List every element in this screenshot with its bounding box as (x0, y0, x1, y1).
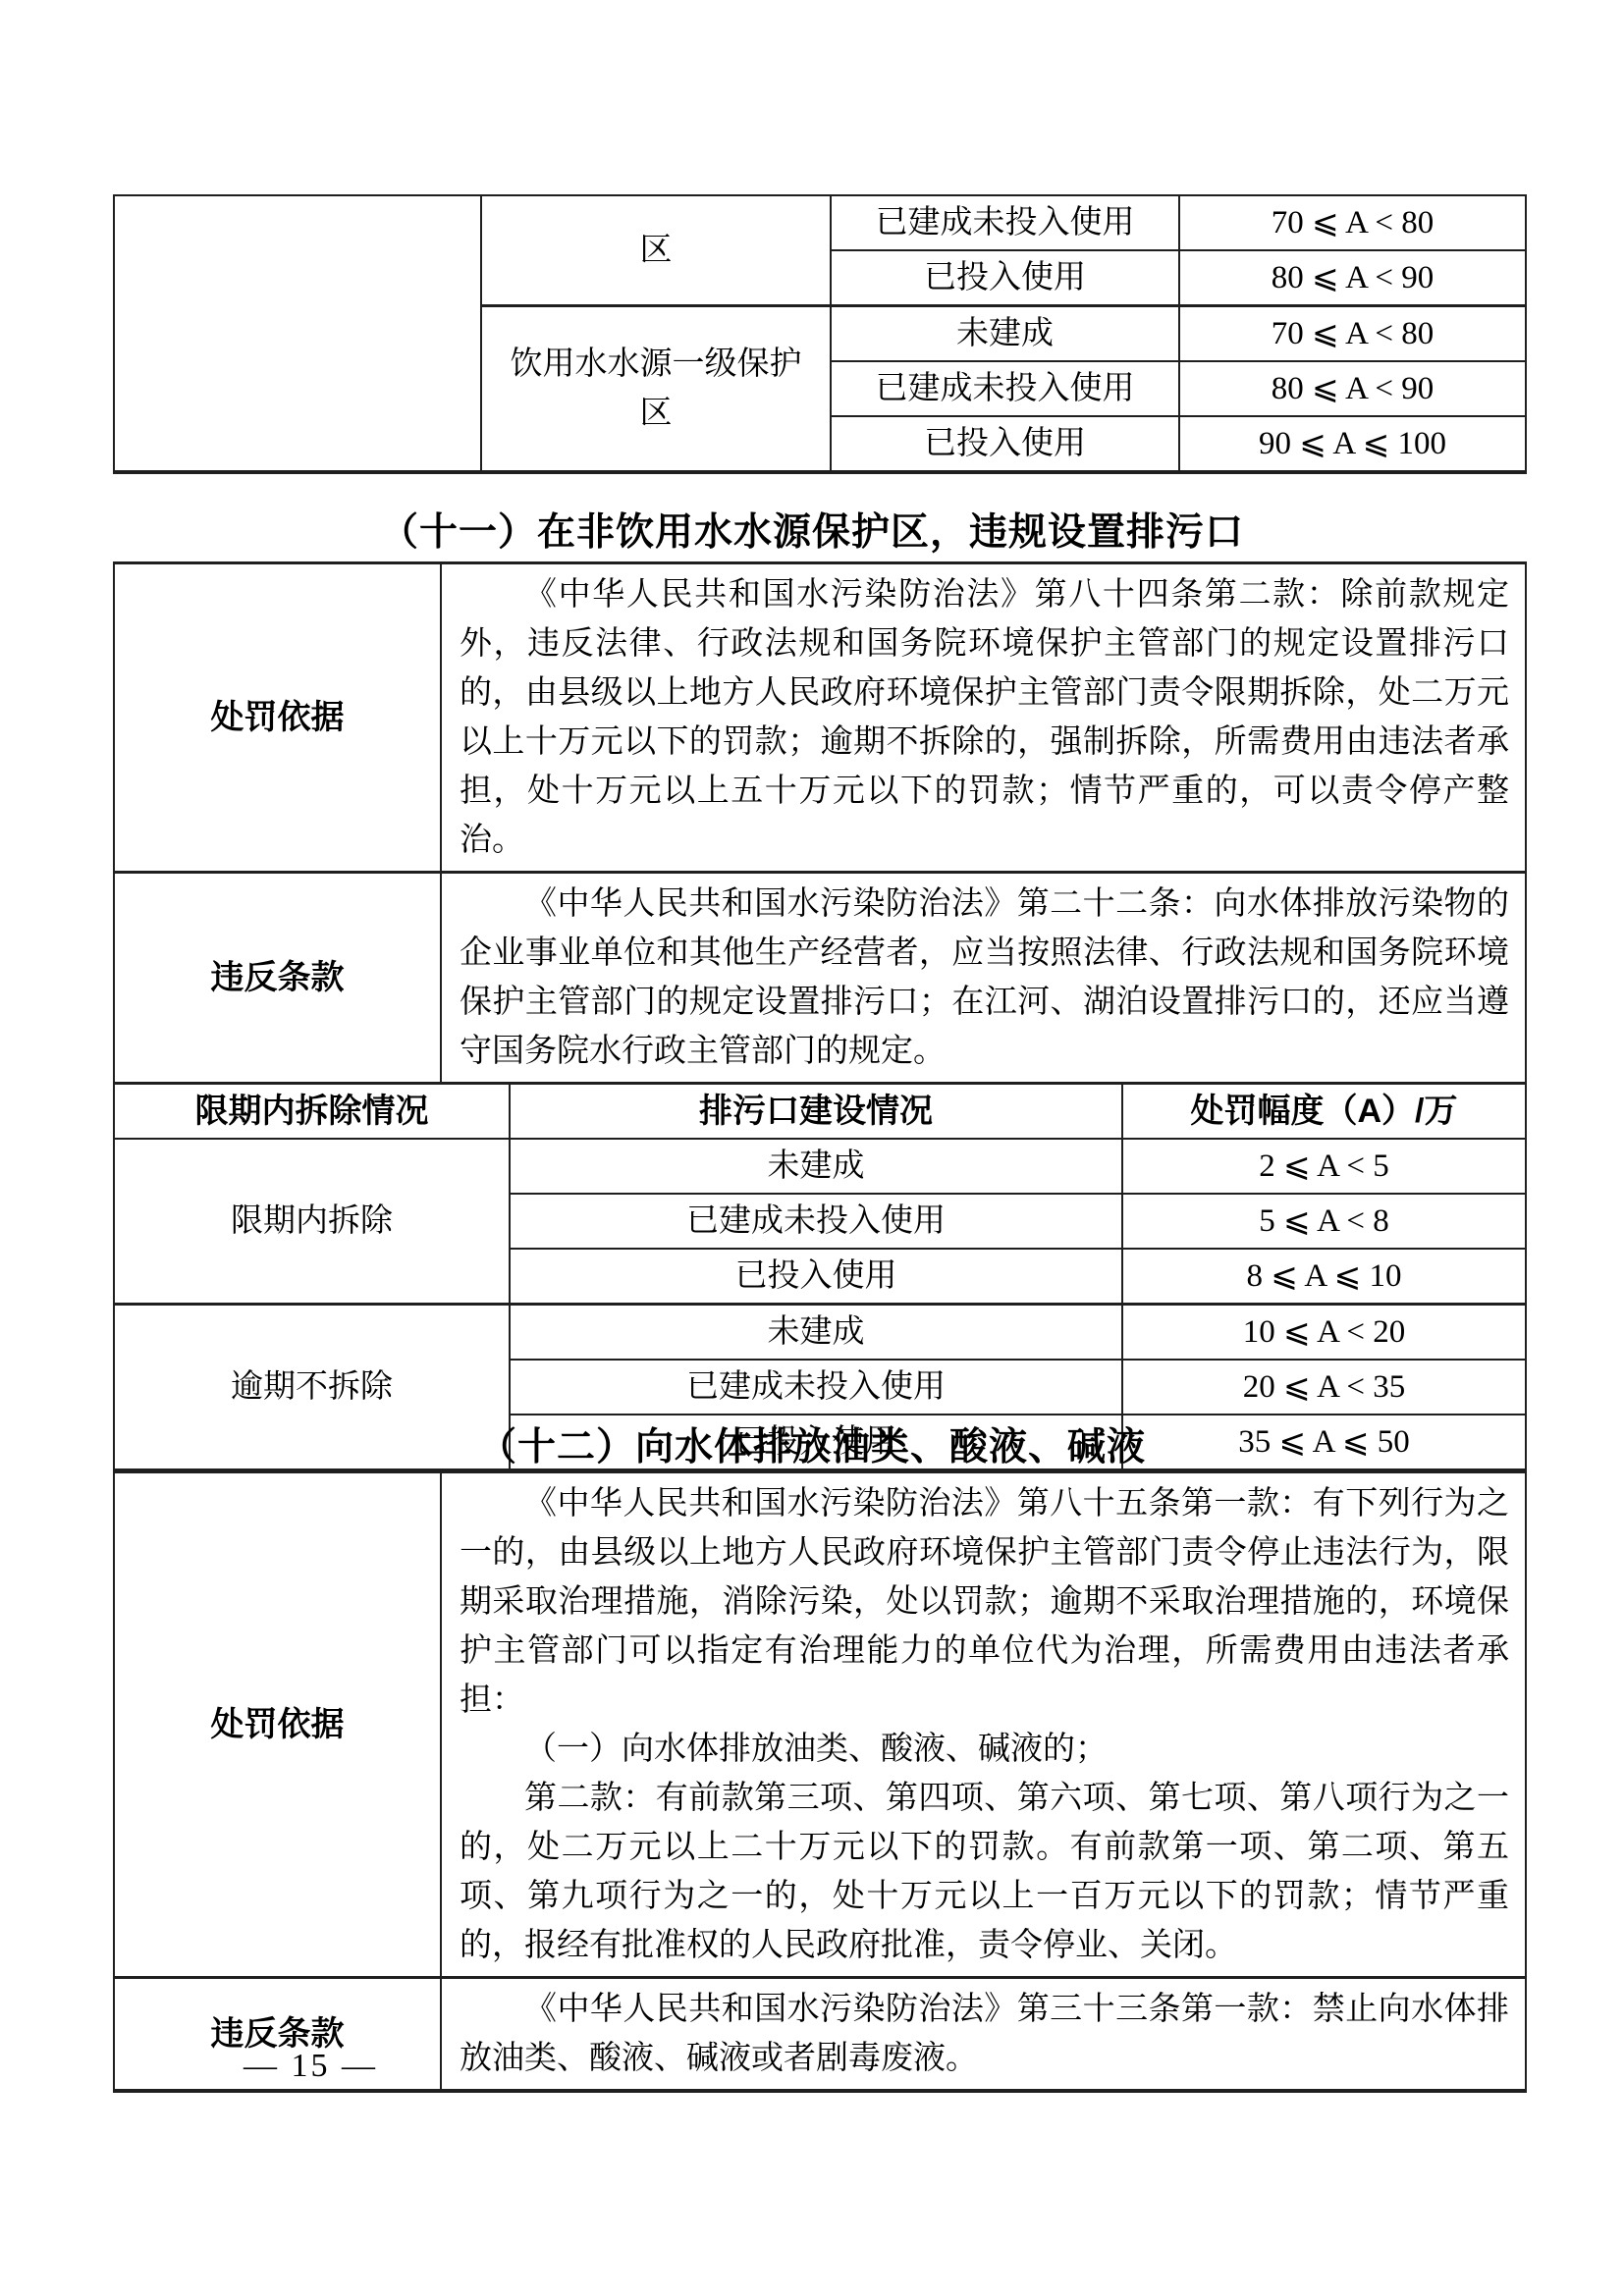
status-cell: 未建成 (510, 1305, 1122, 1361)
paragraph: 《中华人民共和国水污染防治法》第二十二条：向水体排放污染物的企业事业单位和其他生… (460, 880, 1509, 1076)
section-11-basis-table: 处罚依据 《中华人民共和国水污染防治法》第八十四条第二款：除前款规定外，违反法律… (113, 561, 1527, 1085)
page-number: — 15 — (244, 2048, 378, 2085)
water-source-zone-table: 区 已建成未投入使用 70 ⩽ A < 80 已投入使用 80 ⩽ A < 90… (113, 194, 1527, 474)
status-cell: 已投入使用 (831, 416, 1179, 472)
section-11-tables: 处罚依据 《中华人民共和国水污染防治法》第八十四条第二款：除前款规定外，违反法律… (113, 561, 1527, 1472)
col-header-penalty-range: 处罚幅度（A）/万 (1122, 1085, 1526, 1139)
col-header-removal-status: 限期内拆除情况 (114, 1085, 510, 1139)
penalty-basis-text: 《中华人民共和国水污染防治法》第八十五条第一款：有下列行为之一的，由县级以上地方… (441, 1472, 1526, 1978)
status-cell: 已建成未投入使用 (831, 361, 1179, 416)
range-cell: 70 ⩽ A < 80 (1179, 195, 1526, 250)
table-row: 限期内拆除 未建成 2 ⩽ A < 5 (114, 1139, 1526, 1194)
section-12-title: （十二）向水体排放油类、酸液、碱液 (0, 1425, 1624, 1470)
section-12-basis-table: 处罚依据 《中华人民共和国水污染防治法》第八十五条第一款：有下列行为之一的，由县… (113, 1470, 1527, 2093)
table-row: 违反条款 《中华人民共和国水污染防治法》第二十二条：向水体排放污染物的企业事业单… (114, 873, 1526, 1084)
paragraph: 第二款：有前款第三项、第四项、第六项、第七项、第八项行为之一的，处二万元以上二十… (460, 1774, 1509, 1970)
zone-cell: 区 (481, 195, 831, 306)
status-cell: 已建成未投入使用 (510, 1194, 1122, 1249)
status-cell: 已投入使用 (510, 1249, 1122, 1305)
range-cell: 70 ⩽ A < 80 (1179, 306, 1526, 362)
penalty-basis-label: 处罚依据 (114, 563, 441, 873)
range-cell: 20 ⩽ A < 35 (1122, 1360, 1526, 1415)
range-cell: 5 ⩽ A < 8 (1122, 1194, 1526, 1249)
status-cell: 已建成未投入使用 (510, 1360, 1122, 1415)
range-cell: 2 ⩽ A < 5 (1122, 1139, 1526, 1194)
violation-clause-label: 违反条款 (114, 873, 441, 1084)
group-label: 限期内拆除 (114, 1139, 510, 1305)
paragraph: 《中华人民共和国水污染防治法》第三十三条第一款：禁止向水体排放油类、酸液、碱液或… (460, 1985, 1509, 2083)
range-cell: 80 ⩽ A < 90 (1179, 361, 1526, 416)
penalty-basis-label: 处罚依据 (114, 1472, 441, 1978)
paragraph: （一）向水体排放油类、酸液、碱液的； (460, 1725, 1509, 1774)
status-cell: 已建成未投入使用 (831, 195, 1179, 250)
range-cell: 8 ⩽ A ⩽ 10 (1122, 1249, 1526, 1305)
section-12-tables: 处罚依据 《中华人民共和国水污染防治法》第八十五条第一款：有下列行为之一的，由县… (113, 1470, 1527, 2093)
range-cell: 90 ⩽ A ⩽ 100 (1179, 416, 1526, 472)
range-cell: 80 ⩽ A < 90 (1179, 250, 1526, 306)
paragraph: 《中华人民共和国水污染防治法》第八十四条第二款：除前款规定外，违反法律、行政法规… (460, 570, 1509, 865)
col-header-outfall-construction: 排污口建设情况 (510, 1085, 1122, 1139)
range-cell: 10 ⩽ A < 20 (1122, 1305, 1526, 1361)
status-cell: 已投入使用 (831, 250, 1179, 306)
paragraph: 《中华人民共和国水污染防治法》第八十五条第一款：有下列行为之一的，由县级以上地方… (460, 1479, 1509, 1725)
outfall-penalty-subtable: 限期内拆除情况 排污口建设情况 处罚幅度（A）/万 限期内拆除 未建成 2 ⩽ … (113, 1085, 1527, 1472)
table-row: 区 已建成未投入使用 70 ⩽ A < 80 (114, 195, 1526, 250)
document-page: 区 已建成未投入使用 70 ⩽ A < 80 已投入使用 80 ⩽ A < 90… (0, 0, 1624, 2296)
zone-cell: 饮用水水源一级保护区 (481, 306, 831, 473)
status-cell: 未建成 (510, 1139, 1122, 1194)
violation-clause-text: 《中华人民共和国水污染防治法》第二十二条：向水体排放污染物的企业事业单位和其他生… (441, 873, 1526, 1084)
status-cell: 未建成 (831, 306, 1179, 362)
table-row: 处罚依据 《中华人民共和国水污染防治法》第八十四条第二款：除前款规定外，违反法律… (114, 563, 1526, 873)
table-row: 逾期不拆除 未建成 10 ⩽ A < 20 (114, 1305, 1526, 1361)
violation-clause-text: 《中华人民共和国水污染防治法》第三十三条第一款：禁止向水体排放油类、酸液、碱液或… (441, 1978, 1526, 2092)
table-row: 处罚依据 《中华人民共和国水污染防治法》第八十五条第一款：有下列行为之一的，由县… (114, 1472, 1526, 1978)
empty-cell (114, 195, 481, 472)
header-row: 限期内拆除情况 排污口建设情况 处罚幅度（A）/万 (114, 1085, 1526, 1139)
penalty-basis-text: 《中华人民共和国水污染防治法》第八十四条第二款：除前款规定外，违反法律、行政法规… (441, 563, 1526, 873)
section-11-title: （十一）在非饮用水水源保护区，违规设置排污口 (0, 510, 1624, 556)
